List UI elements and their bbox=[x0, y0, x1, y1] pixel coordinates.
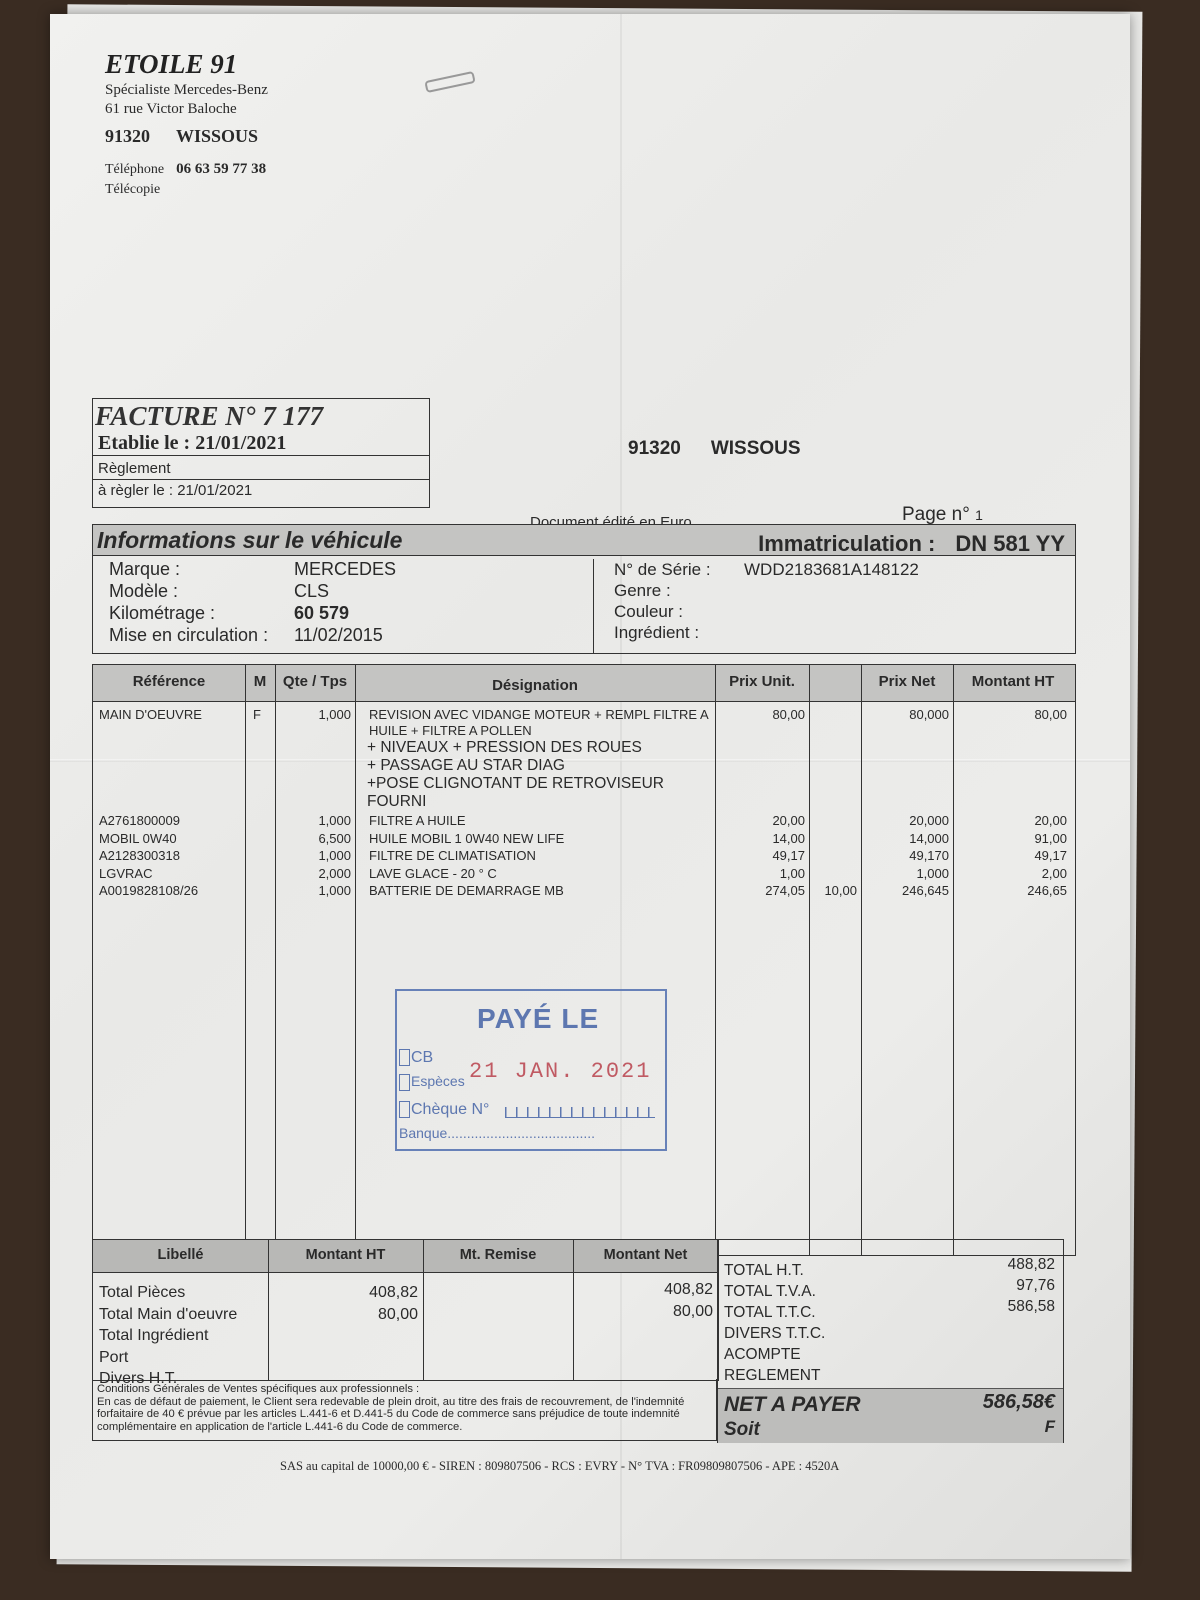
cell: HUILE + FILTRE A POLLEN bbox=[369, 723, 532, 738]
column-header: Mt. Remise bbox=[423, 1247, 573, 1263]
company-name: ETOILE 91 bbox=[105, 49, 284, 80]
column-divider bbox=[809, 665, 810, 1255]
field-value: 11/02/2015 bbox=[294, 624, 383, 646]
summary-label: TOTAL T.V.A. bbox=[724, 1283, 816, 1301]
company-address: 61 rue Victor Baloche bbox=[105, 101, 284, 118]
stamp-bank: Banque..................................… bbox=[399, 1125, 595, 1141]
cell: 2,00 bbox=[953, 866, 1067, 881]
payment-label: Règlement bbox=[93, 456, 429, 480]
phone-label: Téléphone bbox=[105, 162, 164, 177]
field-label: Marque : bbox=[109, 558, 294, 580]
cell: 20,000 bbox=[861, 813, 949, 828]
net-label: NET A PAYER bbox=[724, 1393, 861, 1417]
column-divider bbox=[423, 1240, 424, 1380]
vehicle-details-left: Marque :MERCEDESModèle :CLSKilométrage :… bbox=[109, 558, 396, 646]
cell: 1,000 bbox=[275, 707, 351, 722]
paid-stamp: PAYÉ LE 21 JAN. 2021 CB Espèces Chèque N… bbox=[395, 989, 667, 1151]
table-row: HUILE + FILTRE A POLLEN bbox=[93, 723, 1075, 740]
company-header: ETOILE 91 Spécialiste Mercedes-Benz 61 r… bbox=[105, 49, 284, 198]
totals-label: Total Main d'oeuvre bbox=[99, 1306, 237, 1324]
summary-label: DIVERS T.T.C. bbox=[724, 1325, 825, 1343]
invoice-title: FACTURE N° 7 177 bbox=[93, 399, 429, 432]
summary-label: REGLEMENT bbox=[724, 1367, 820, 1385]
cell: HUILE MOBIL 1 0W40 NEW LIFE bbox=[369, 831, 564, 846]
field-value: MERCEDES bbox=[294, 558, 396, 580]
cheque-number-boxes bbox=[505, 1107, 655, 1118]
option-label: Chèque N° bbox=[411, 1101, 489, 1118]
stamp-option-especes: Espèces bbox=[399, 1073, 465, 1091]
cell: 49,170 bbox=[861, 848, 949, 863]
company-tagline: Spécialiste Mercedes-Benz bbox=[105, 82, 284, 99]
checkbox-icon bbox=[399, 1074, 410, 1091]
column-header: Montant HT bbox=[953, 673, 1073, 690]
cell: 80,000 bbox=[861, 707, 949, 722]
net-to-pay: NET A PAYER 586,58€ Soit F bbox=[718, 1388, 1063, 1443]
cell: 80,00 bbox=[953, 707, 1067, 722]
vehicle-field: Mise en circulation :11/02/2015 bbox=[109, 624, 396, 646]
cell: 14,000 bbox=[861, 831, 949, 846]
summary-label: TOTAL H.T. bbox=[724, 1262, 804, 1280]
column-header: Montant HT bbox=[268, 1247, 423, 1263]
column-header: Désignation bbox=[355, 677, 715, 694]
cell: 246,645 bbox=[861, 883, 949, 898]
table-row: MAIN D'OEUVREF1,000REVISION AVEC VIDANGE… bbox=[93, 707, 1075, 724]
totals-label: Total Ingrédient bbox=[99, 1327, 208, 1345]
vehicle-header: Informations sur le véhicule Immatricula… bbox=[93, 525, 1075, 556]
column-divider bbox=[715, 665, 716, 1255]
cell: F bbox=[253, 707, 261, 722]
totals-net: 80,00 bbox=[573, 1303, 713, 1321]
cell: 20,00 bbox=[953, 813, 1067, 828]
cell: 10,00 bbox=[809, 883, 857, 898]
stamp-option-cb: CB bbox=[399, 1049, 433, 1067]
registration-value: DN 581 YY bbox=[955, 531, 1065, 556]
cell: 246,65 bbox=[953, 883, 1067, 898]
stamp-option-cheque: Chèque N° bbox=[399, 1101, 489, 1119]
soit-value: F bbox=[1045, 1417, 1055, 1437]
vehicle-section-title: Informations sur le véhicule bbox=[97, 527, 402, 554]
invoice-document: ETOILE 91 Spécialiste Mercedes-Benz 61 r… bbox=[50, 14, 1130, 1559]
cell: A2128300318 bbox=[99, 848, 180, 863]
summary-value: 97,76 bbox=[1016, 1277, 1055, 1295]
designation-note: + PASSAGE AU STAR DIAG bbox=[367, 757, 565, 775]
staple-icon bbox=[424, 71, 475, 93]
cell: FILTRE DE CLIMATISATION bbox=[369, 848, 536, 863]
totals-ht: 80,00 bbox=[268, 1306, 418, 1324]
table-row: LGVRAC2,000LAVE GLACE - 20 ° C1,001,0002… bbox=[93, 866, 1075, 883]
page-number: Page n° 1 bbox=[902, 504, 983, 526]
vehicle-field: Modèle :CLS bbox=[109, 580, 396, 602]
cell: MAIN D'OEUVRE bbox=[99, 707, 202, 722]
registration-label: Immatriculation : bbox=[758, 531, 935, 556]
cell: MOBIL 0W40 bbox=[99, 831, 177, 846]
vehicle-field: Couleur : bbox=[614, 601, 919, 622]
cell: A2761800009 bbox=[99, 813, 180, 828]
company-city: 91320WISSOUS bbox=[105, 126, 284, 147]
page-value: 1 bbox=[975, 507, 983, 523]
phone-value: 06 63 59 77 38 bbox=[176, 161, 266, 177]
cell: 49,17 bbox=[715, 848, 805, 863]
company-fax: Télécopie bbox=[105, 182, 284, 198]
company-postcode: 91320 bbox=[105, 126, 150, 146]
column-divider bbox=[861, 665, 862, 1255]
company-city-name: WISSOUS bbox=[176, 126, 258, 146]
cell: 14,00 bbox=[715, 831, 805, 846]
cell: 1,00 bbox=[715, 866, 805, 881]
sales-conditions: Conditions Générales de Ventes spécifiqu… bbox=[92, 1379, 717, 1441]
designation-note: FOURNI bbox=[367, 793, 426, 811]
table-row: A21283003181,000FILTRE DE CLIMATISATION4… bbox=[93, 848, 1075, 865]
vehicle-details-right: N° de Série :WDD2183681A148122Genre :Cou… bbox=[593, 559, 919, 653]
totals-breakdown-table: LibelléMontant HTMt. RemiseMontant Net T… bbox=[92, 1239, 719, 1381]
page-label: Page n° bbox=[902, 504, 970, 525]
totals-ht: 408,82 bbox=[268, 1284, 418, 1302]
cell: 20,00 bbox=[715, 813, 805, 828]
totals-label: Total Pièces bbox=[99, 1284, 185, 1302]
client-address: 91320WISSOUS bbox=[628, 438, 831, 460]
field-value: WDD2183681A148122 bbox=[744, 559, 919, 580]
summary-value: 586,58 bbox=[1008, 1298, 1055, 1316]
net-value: 586,58€ bbox=[983, 1391, 1055, 1414]
cell: LGVRAC bbox=[99, 866, 152, 881]
field-value: CLS bbox=[294, 580, 329, 602]
field-label: Modèle : bbox=[109, 580, 294, 602]
column-header: Référence bbox=[93, 673, 245, 690]
column-divider bbox=[275, 665, 276, 1255]
cell: 6,500 bbox=[275, 831, 351, 846]
cell: 80,00 bbox=[715, 707, 805, 722]
cell: BATTERIE DE DEMARRAGE MB bbox=[369, 883, 564, 898]
field-label: N° de Série : bbox=[614, 559, 744, 580]
legal-footer: SAS au capital de 10000,00 € - SIREN : 8… bbox=[280, 1459, 839, 1474]
cell: 91,00 bbox=[953, 831, 1067, 846]
company-phone: Téléphone06 63 59 77 38 bbox=[105, 161, 284, 178]
cell: 274,05 bbox=[715, 883, 805, 898]
vehicle-field: Ingrédient : bbox=[614, 622, 919, 643]
field-label: Genre : bbox=[614, 580, 744, 601]
field-label: Couleur : bbox=[614, 601, 744, 622]
cell: 49,17 bbox=[953, 848, 1067, 863]
stamp-date: 21 JAN. 2021 bbox=[469, 1059, 651, 1084]
column-divider bbox=[355, 665, 356, 1255]
cell: LAVE GLACE - 20 ° C bbox=[369, 866, 497, 881]
summary-label: ACOMPTE bbox=[724, 1346, 801, 1364]
totals-header: LibelléMontant HTMt. RemiseMontant Net bbox=[93, 1240, 718, 1273]
client-postcode: 91320 bbox=[628, 438, 681, 459]
column-header: Prix Net bbox=[861, 673, 953, 690]
stamp-title: PAYÉ LE bbox=[477, 1003, 599, 1035]
table-row: MOBIL 0W406,500HUILE MOBIL 1 0W40 NEW LI… bbox=[93, 831, 1075, 848]
cell: FILTRE A HUILE bbox=[369, 813, 466, 828]
summary-label: TOTAL T.T.C. bbox=[724, 1304, 816, 1322]
checkbox-icon bbox=[399, 1049, 410, 1066]
invoice-lines-table: RéférenceMQte / TpsDésignationPrix Unit.… bbox=[92, 664, 1076, 1256]
table-header: RéférenceMQte / TpsDésignationPrix Unit.… bbox=[93, 665, 1075, 702]
summary-box: TOTAL H.T.488,82TOTAL T.V.A.97,76TOTAL T… bbox=[717, 1239, 1064, 1443]
column-divider bbox=[245, 665, 246, 1255]
vehicle-field: Marque :MERCEDES bbox=[109, 558, 396, 580]
cell: 1,000 bbox=[861, 866, 949, 881]
table-row: A27618000091,000FILTRE A HUILE20,0020,00… bbox=[93, 813, 1075, 830]
designation-note: + NIVEAUX + PRESSION DES ROUES bbox=[367, 739, 642, 757]
column-header: M bbox=[245, 673, 275, 690]
totals-label: Port bbox=[99, 1349, 128, 1367]
column-header: Qte / Tps bbox=[275, 673, 355, 690]
cell: 1,000 bbox=[275, 848, 351, 863]
cell: 1,000 bbox=[275, 883, 351, 898]
totals-net: 408,82 bbox=[573, 1281, 713, 1299]
field-label: Ingrédient : bbox=[614, 622, 744, 643]
invoice-info-box: FACTURE N° 7 177 Etablie le : 21/01/2021… bbox=[92, 398, 430, 508]
payment-due-date: à règler le : 21/01/2021 bbox=[93, 480, 429, 501]
conditions-text: En cas de défaut de paiement, le Client … bbox=[97, 1396, 712, 1434]
option-label: CB bbox=[411, 1049, 433, 1066]
cell: REVISION AVEC VIDANGE MOTEUR + REMPL FIL… bbox=[369, 707, 709, 722]
designation-note: +POSE CLIGNOTANT DE RETROVISEUR bbox=[367, 775, 664, 793]
field-value: 60 579 bbox=[294, 602, 349, 624]
vehicle-field: Genre : bbox=[614, 580, 919, 601]
client-city: WISSOUS bbox=[711, 438, 801, 459]
option-label: Espèces bbox=[411, 1073, 465, 1089]
column-header: Montant Net bbox=[573, 1247, 718, 1263]
table-row: A0019828108/261,000BATTERIE DE DEMARRAGE… bbox=[93, 883, 1075, 900]
column-header: Libellé bbox=[93, 1247, 268, 1263]
summary-value: 488,82 bbox=[1008, 1256, 1055, 1274]
conditions-title: Conditions Générales de Ventes spécifiqu… bbox=[97, 1383, 712, 1396]
column-divider bbox=[953, 665, 954, 1255]
column-header: Prix Unit. bbox=[715, 673, 809, 690]
cell: 1,000 bbox=[275, 813, 351, 828]
field-label: Mise en circulation : bbox=[109, 624, 294, 646]
field-label: Kilométrage : bbox=[109, 602, 294, 624]
cell: A0019828108/26 bbox=[99, 883, 198, 898]
checkbox-icon bbox=[399, 1101, 410, 1118]
soit-label: Soit bbox=[724, 1419, 760, 1441]
invoice-issued-date: Etablie le : 21/01/2021 bbox=[93, 432, 429, 456]
registration: Immatriculation :DN 581 YY bbox=[758, 531, 1065, 557]
vehicle-field: N° de Série :WDD2183681A148122 bbox=[614, 559, 919, 580]
vehicle-field: Kilométrage :60 579 bbox=[109, 602, 396, 624]
cell: 2,000 bbox=[275, 866, 351, 881]
vehicle-info: Informations sur le véhicule Immatricula… bbox=[92, 524, 1076, 654]
